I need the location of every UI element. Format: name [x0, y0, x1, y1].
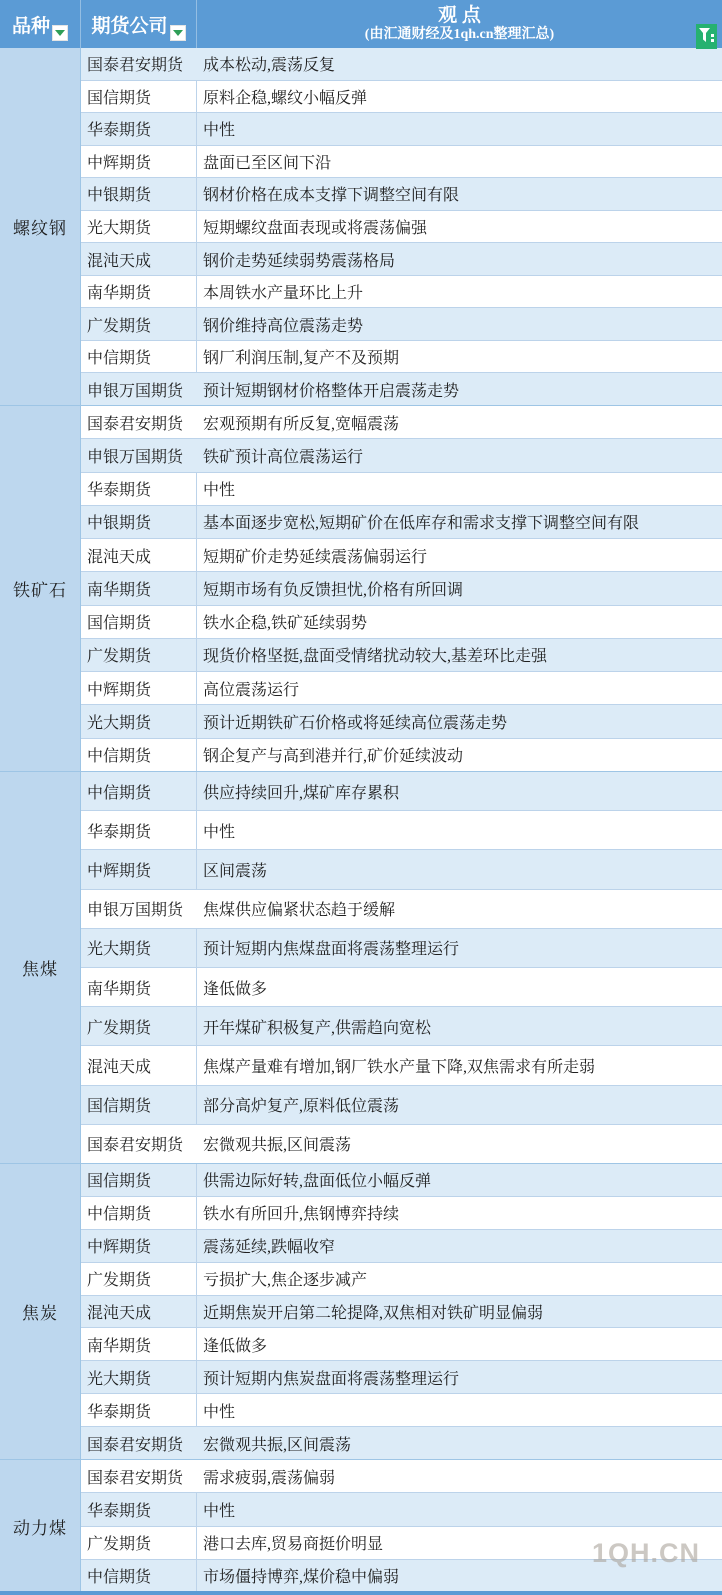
- company-cell[interactable]: 中辉期货: [81, 672, 197, 704]
- opinion-cell[interactable]: 焦煤产量难有增加,钢厂铁水产量下降,双焦需求有所走弱: [197, 1046, 722, 1084]
- table-row: 国信期货供需边际好转,盘面低位小幅反弹: [81, 1164, 722, 1197]
- opinion-cell[interactable]: 逢低做多: [197, 1328, 722, 1360]
- opinion-cell[interactable]: 预计短期内焦炭盘面将震荡整理运行: [197, 1361, 722, 1393]
- opinion-cell[interactable]: 钢材价格在成本支撑下调整空间有限: [197, 178, 722, 210]
- column-header-company: 期货公司: [81, 0, 197, 48]
- company-cell[interactable]: 广发期货: [81, 1527, 197, 1559]
- opinion-cell[interactable]: 部分高炉复产,原料低位震荡: [197, 1086, 722, 1124]
- opinion-cell[interactable]: 钢厂利润压制,复产不及预期: [197, 341, 722, 373]
- opinion-cell[interactable]: 供需边际好转,盘面低位小幅反弹: [197, 1164, 722, 1196]
- opinion-cell[interactable]: 亏损扩大,焦企逐步减产: [197, 1263, 722, 1295]
- opinion-cell[interactable]: 钢价走势延续弱势震荡格局: [197, 243, 722, 275]
- table-row: 中信期货供应持续回升,煤矿库存累积: [81, 772, 722, 811]
- opinion-cell[interactable]: 预计近期铁矿石价格或将延续高位震荡走势: [197, 705, 722, 737]
- opinion-cell[interactable]: 成本松动,震荡反复: [197, 48, 722, 80]
- company-cell[interactable]: 混沌天成: [81, 1296, 197, 1328]
- commodity-section: 动力煤国泰君安期货需求疲弱,震荡偏弱华泰期货中性广发期货港口去库,贸易商挺价明显…: [0, 1460, 722, 1592]
- company-cell[interactable]: 国信期货: [81, 1086, 197, 1124]
- company-cell[interactable]: 华泰期货: [81, 811, 197, 849]
- opinion-cell[interactable]: 短期矿价走势延续震荡偏弱运行: [197, 539, 722, 571]
- bottom-blue-strip: [0, 1591, 722, 1595]
- opinion-cell[interactable]: 宏观预期有所反复,宽幅震荡: [197, 406, 722, 438]
- company-filter-dropdown-button[interactable]: [170, 25, 186, 41]
- table-row: 光大期货预计短期内焦炭盘面将震荡整理运行: [81, 1361, 722, 1394]
- variety-cell[interactable]: 铁矿石: [0, 406, 81, 771]
- opinion-cell[interactable]: 基本面逐步宽松,短期矿价在低库存和需求支撑下调整空间有限: [197, 506, 722, 538]
- company-cell[interactable]: 国信期货: [81, 81, 197, 113]
- opinion-cell[interactable]: 焦煤供应偏紧状态趋于缓解: [197, 890, 722, 928]
- company-cell[interactable]: 国泰君安期货: [81, 1460, 197, 1492]
- commodity-section: 铁矿石国泰君安期货宏观预期有所反复,宽幅震荡申银万国期货铁矿预计高位震荡运行华泰…: [0, 406, 722, 772]
- company-cell[interactable]: 中信期货: [81, 341, 197, 373]
- company-cell[interactable]: 华泰期货: [81, 1394, 197, 1426]
- table-row: 华泰期货中性: [81, 113, 722, 146]
- company-cell[interactable]: 华泰期货: [81, 473, 197, 505]
- company-cell[interactable]: 南华期货: [81, 276, 197, 308]
- company-cell[interactable]: 南华期货: [81, 968, 197, 1006]
- commodity-section: 螺纹钢国泰君安期货成本松动,震荡反复国信期货原料企稳,螺纹小幅反弹华泰期货中性中…: [0, 48, 722, 406]
- opinion-cell[interactable]: 中性: [197, 113, 722, 145]
- opinion-cell[interactable]: 中性: [197, 473, 722, 505]
- company-cell[interactable]: 光大期货: [81, 929, 197, 967]
- company-cell[interactable]: 国泰君安期货: [81, 406, 197, 438]
- company-cell[interactable]: 中信期货: [81, 739, 197, 771]
- table-row: 广发期货现货价格坚挺,盘面受情绪扰动较大,基差环比走强: [81, 639, 722, 672]
- company-cell[interactable]: 广发期货: [81, 639, 197, 671]
- opinion-cell[interactable]: 市场僵持博弈,煤价稳中偏弱: [197, 1560, 722, 1592]
- table-row: 广发期货钢价维持高位震荡走势: [81, 308, 722, 341]
- company-cell[interactable]: 华泰期货: [81, 113, 197, 145]
- table-row: 光大期货预计短期内焦煤盘面将震荡整理运行: [81, 929, 722, 968]
- variety-cell[interactable]: 动力煤: [0, 1460, 81, 1592]
- opinion-cell[interactable]: 港口去库,贸易商挺价明显: [197, 1527, 722, 1559]
- opinion-cell[interactable]: 区间震荡: [197, 850, 722, 888]
- table-row: 申银万国期货焦煤供应偏紧状态趋于缓解: [81, 890, 722, 929]
- opinion-cell[interactable]: 短期螺纹盘面表现或将震荡偏强: [197, 211, 722, 243]
- company-cell[interactable]: 混沌天成: [81, 539, 197, 571]
- dropdown-arrow-icon: [55, 30, 65, 36]
- company-cell[interactable]: 光大期货: [81, 1361, 197, 1393]
- table-row: 混沌天成短期矿价走势延续震荡偏弱运行: [81, 539, 722, 572]
- table-row: 混沌天成焦煤产量难有增加,钢厂铁水产量下降,双焦需求有所走弱: [81, 1046, 722, 1085]
- table-row: 中辉期货震荡延续,跌幅收窄: [81, 1230, 722, 1263]
- company-cell[interactable]: 光大期货: [81, 211, 197, 243]
- company-cell[interactable]: 申银万国期货: [81, 890, 197, 928]
- opinion-cell[interactable]: 近期焦炭开启第二轮提降,双焦相对铁矿明显偏弱: [197, 1296, 722, 1328]
- opinion-cell[interactable]: 短期市场有负反馈担忧,价格有所回调: [197, 572, 722, 604]
- table-row: 中信期货钢厂利润压制,复产不及预期: [81, 341, 722, 374]
- opinion-cell[interactable]: 中性: [197, 811, 722, 849]
- table-row: 中信期货市场僵持博弈,煤价稳中偏弱: [81, 1560, 722, 1592]
- table-row: 中辉期货高位震荡运行: [81, 672, 722, 705]
- table-row: 申银万国期货铁矿预计高位震荡运行: [81, 439, 722, 472]
- table-row: 中辉期货区间震荡: [81, 850, 722, 889]
- section-rows: 国泰君安期货需求疲弱,震荡偏弱华泰期货中性广发期货港口去库,贸易商挺价明显中信期…: [81, 1460, 722, 1592]
- opinion-cell[interactable]: 钢企复产与高到港并行,矿价延续波动: [197, 739, 722, 771]
- table-row: 广发期货港口去库,贸易商挺价明显: [81, 1527, 722, 1560]
- variety-cell[interactable]: 螺纹钢: [0, 48, 81, 405]
- company-cell[interactable]: 申银万国期货: [81, 373, 197, 405]
- opinion-cell[interactable]: 预计短期内焦煤盘面将震荡整理运行: [197, 929, 722, 967]
- company-cell[interactable]: 国信期货: [81, 606, 197, 638]
- company-cell[interactable]: 中辉期货: [81, 146, 197, 178]
- opinion-cell[interactable]: 需求疲弱,震荡偏弱: [197, 1460, 722, 1492]
- opinion-cell[interactable]: 铁矿预计高位震荡运行: [197, 439, 722, 471]
- table-row: 广发期货开年煤矿积极复产,供需趋向宽松: [81, 1007, 722, 1046]
- company-cell[interactable]: 中信期货: [81, 772, 197, 810]
- table-row: 广发期货亏损扩大,焦企逐步减产: [81, 1263, 722, 1296]
- opinion-cell[interactable]: 高位震荡运行: [197, 672, 722, 704]
- company-cell[interactable]: 国泰君安期货: [81, 1427, 197, 1459]
- table-body: 螺纹钢国泰君安期货成本松动,震荡反复国信期货原料企稳,螺纹小幅反弹华泰期货中性中…: [0, 48, 722, 1592]
- table-row: 国泰君安期货宏微观共振,区间震荡: [81, 1427, 722, 1459]
- company-cell[interactable]: 中辉期货: [81, 1230, 197, 1262]
- table-row: 混沌天成钢价走势延续弱势震荡格局: [81, 243, 722, 276]
- company-cell[interactable]: 中辉期货: [81, 850, 197, 888]
- opinion-cell[interactable]: 原料企稳,螺纹小幅反弹: [197, 81, 722, 113]
- table-row: 华泰期货中性: [81, 811, 722, 850]
- company-cell[interactable]: 混沌天成: [81, 1046, 197, 1084]
- opinion-cell[interactable]: 震荡延续,跌幅收窄: [197, 1230, 722, 1262]
- table-row: 光大期货预计近期铁矿石价格或将延续高位震荡走势: [81, 705, 722, 738]
- table-row: 国泰君安期货宏微观共振,区间震荡: [81, 1125, 722, 1163]
- company-cell[interactable]: 中银期货: [81, 506, 197, 538]
- commodity-section: 焦炭国信期货供需边际好转,盘面低位小幅反弹中信期货铁水有所回升,焦钢博弈持续中辉…: [0, 1164, 722, 1460]
- table-row: 中银期货基本面逐步宽松,短期矿价在低库存和需求支撑下调整空间有限: [81, 506, 722, 539]
- table-row: 国信期货部分高炉复产,原料低位震荡: [81, 1086, 722, 1125]
- table-row: 华泰期货中性: [81, 1394, 722, 1427]
- opinion-header-subtitle: (由汇通财经及1qh.cn整理汇总): [365, 27, 554, 43]
- company-cell[interactable]: 广发期货: [81, 1007, 197, 1045]
- opinion-header-title: 观 点: [438, 5, 481, 27]
- filter-funnel-button[interactable]: [696, 24, 717, 49]
- company-cell[interactable]: 华泰期货: [81, 1493, 197, 1525]
- company-cell[interactable]: 光大期货: [81, 705, 197, 737]
- company-cell[interactable]: 南华期货: [81, 572, 197, 604]
- filter-funnel-icon: [699, 28, 714, 45]
- section-rows: 中信期货供应持续回升,煤矿库存累积华泰期货中性中辉期货区间震荡申银万国期货焦煤供…: [81, 772, 722, 1163]
- table-row: 南华期货本周铁水产量环比上升: [81, 276, 722, 309]
- dropdown-arrow-icon: [173, 30, 183, 36]
- opinion-cell[interactable]: 宏微观共振,区间震荡: [197, 1427, 722, 1459]
- table-row: 华泰期货中性: [81, 1493, 722, 1526]
- company-cell[interactable]: 中信期货: [81, 1560, 197, 1592]
- table-row: 南华期货短期市场有负反馈担忧,价格有所回调: [81, 572, 722, 605]
- opinion-cell[interactable]: 盘面已至区间下沿: [197, 146, 722, 178]
- opinion-cell[interactable]: 铁水有所回升,焦钢博弈持续: [197, 1197, 722, 1229]
- table-row: 混沌天成近期焦炭开启第二轮提降,双焦相对铁矿明显偏弱: [81, 1296, 722, 1329]
- company-cell[interactable]: 广发期货: [81, 308, 197, 340]
- table-row: 中信期货铁水有所回升,焦钢博弈持续: [81, 1197, 722, 1230]
- variety-header-label: 品种: [12, 11, 50, 38]
- variety-cell[interactable]: 焦炭: [0, 1164, 81, 1459]
- company-cell[interactable]: 中银期货: [81, 178, 197, 210]
- opinion-cell[interactable]: 开年煤矿积极复产,供需趋向宽松: [197, 1007, 722, 1045]
- opinion-cell[interactable]: 逢低做多: [197, 968, 722, 1006]
- variety-filter-dropdown-button[interactable]: [52, 25, 68, 41]
- table-header-row: 品种 期货公司 观 点 (由汇通财经及1qh.cn整理汇总): [0, 0, 722, 48]
- table-row: 光大期货短期螺纹盘面表现或将震荡偏强: [81, 211, 722, 244]
- section-rows: 国信期货供需边际好转,盘面低位小幅反弹中信期货铁水有所回升,焦钢博弈持续中辉期货…: [81, 1164, 722, 1459]
- opinion-cell[interactable]: 供应持续回升,煤矿库存累积: [197, 772, 722, 810]
- table-row: 华泰期货中性: [81, 473, 722, 506]
- table-row: 中信期货钢企复产与高到港并行,矿价延续波动: [81, 739, 722, 771]
- spreadsheet-table: 品种 期货公司 观 点 (由汇通财经及1qh.cn整理汇总) 螺纹钢国泰君安期货…: [0, 0, 722, 1595]
- table-row: 南华期货逢低做多: [81, 1328, 722, 1361]
- table-row: 国泰君安期货需求疲弱,震荡偏弱: [81, 1460, 722, 1493]
- table-row: 国泰君安期货成本松动,震荡反复: [81, 48, 722, 81]
- column-header-variety: 品种: [0, 0, 81, 48]
- column-header-opinion: 观 点 (由汇通财经及1qh.cn整理汇总): [197, 0, 722, 48]
- opinion-cell[interactable]: 中性: [197, 1493, 722, 1525]
- company-cell[interactable]: 国信期货: [81, 1164, 197, 1196]
- opinion-cell[interactable]: 现货价格坚挺,盘面受情绪扰动较大,基差环比走强: [197, 639, 722, 671]
- variety-cell[interactable]: 焦煤: [0, 772, 81, 1163]
- table-row: 申银万国期货预计短期钢材价格整体开启震荡走势: [81, 373, 722, 405]
- company-cell[interactable]: 国泰君安期货: [81, 1125, 197, 1163]
- table-row: 国泰君安期货宏观预期有所反复,宽幅震荡: [81, 406, 722, 439]
- company-cell[interactable]: 广发期货: [81, 1263, 197, 1295]
- company-cell[interactable]: 混沌天成: [81, 243, 197, 275]
- table-row: 国信期货原料企稳,螺纹小幅反弹: [81, 81, 722, 114]
- opinion-cell[interactable]: 钢价维持高位震荡走势: [197, 308, 722, 340]
- table-row: 南华期货逢低做多: [81, 968, 722, 1007]
- opinion-cell[interactable]: 宏微观共振,区间震荡: [197, 1125, 722, 1163]
- company-cell[interactable]: 申银万国期货: [81, 439, 197, 471]
- company-header-label: 期货公司: [91, 11, 167, 38]
- table-row: 中辉期货盘面已至区间下沿: [81, 146, 722, 179]
- section-rows: 国泰君安期货宏观预期有所反复,宽幅震荡申银万国期货铁矿预计高位震荡运行华泰期货中…: [81, 406, 722, 771]
- company-cell[interactable]: 中信期货: [81, 1197, 197, 1229]
- opinion-cell[interactable]: 本周铁水产量环比上升: [197, 276, 722, 308]
- opinion-cell[interactable]: 中性: [197, 1394, 722, 1426]
- company-cell[interactable]: 南华期货: [81, 1328, 197, 1360]
- opinion-cell[interactable]: 铁水企稳,铁矿延续弱势: [197, 606, 722, 638]
- commodity-section: 焦煤中信期货供应持续回升,煤矿库存累积华泰期货中性中辉期货区间震荡申银万国期货焦…: [0, 772, 722, 1164]
- table-row: 国信期货铁水企稳,铁矿延续弱势: [81, 606, 722, 639]
- opinion-cell[interactable]: 预计短期钢材价格整体开启震荡走势: [197, 373, 722, 405]
- company-cell[interactable]: 国泰君安期货: [81, 48, 197, 80]
- section-rows: 国泰君安期货成本松动,震荡反复国信期货原料企稳,螺纹小幅反弹华泰期货中性中辉期货…: [81, 48, 722, 405]
- table-row: 中银期货钢材价格在成本支撑下调整空间有限: [81, 178, 722, 211]
